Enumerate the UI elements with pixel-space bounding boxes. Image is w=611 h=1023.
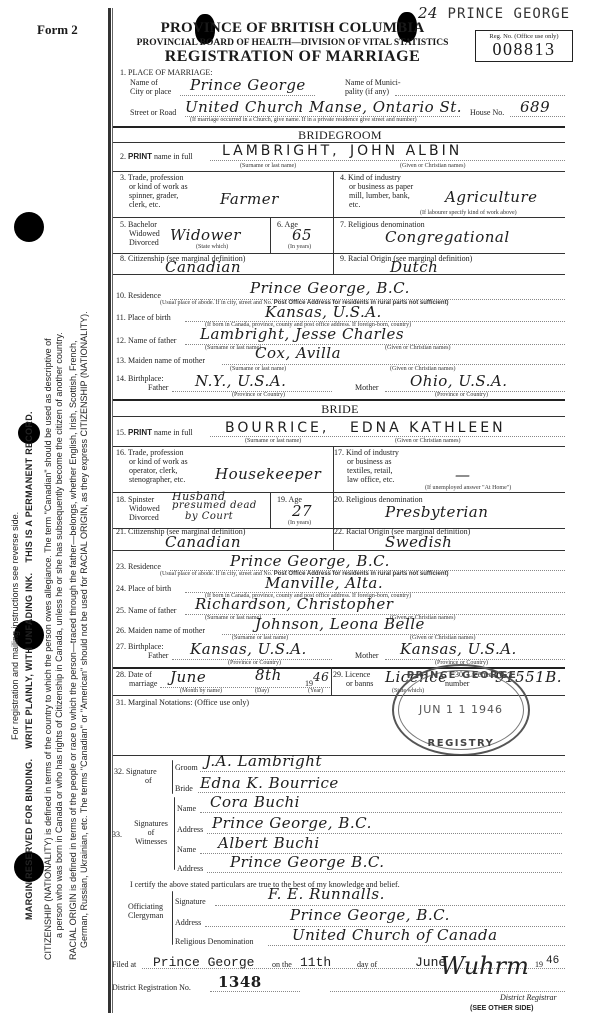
caption: (Given or Christian names): [385, 345, 450, 352]
field-label: name in full: [154, 152, 193, 161]
groom-industry-value: Agriculture: [445, 188, 538, 206]
label-line: Divorced: [116, 513, 160, 522]
bride-father-birthplace-label: Father: [148, 651, 168, 660]
witness2-name: Albert Buchi: [218, 834, 320, 852]
margin-instructions: For registration and mailing instruction…: [10, 140, 102, 1000]
bride-residence-value: Prince George, B.C.: [230, 552, 390, 570]
marriage-date-label-1: 28. Date of: [116, 670, 152, 679]
municipality-label-2: pality (if any): [345, 87, 389, 96]
city-value: Prince George: [190, 76, 306, 94]
groom-marital-label: 5. Bachelor Widowed Divorced: [120, 220, 160, 247]
field-number: 15.: [116, 428, 126, 437]
municipality-label-1: Name of Munici-: [345, 78, 401, 87]
groom-mother-value: Cox, Avilla: [255, 344, 341, 362]
province-heading: PROVINCE OF BRITISH COLUMBIA: [120, 20, 465, 37]
bride-marital-value-3: by Court: [185, 511, 233, 522]
dotted-line: [510, 116, 565, 117]
rule: [113, 550, 565, 551]
groom-residence-label: 10. Residence: [116, 291, 161, 300]
caption: (In years): [288, 244, 311, 251]
caption: (Month by name): [180, 688, 222, 695]
filed-at-label: Filed at: [112, 960, 136, 969]
board-heading: PROVINCIAL BOARD OF HEALTH—DIVISION OF V…: [120, 38, 465, 48]
caption: (State which): [196, 244, 228, 251]
licence-banns-label-1: 29. Licence: [333, 670, 370, 679]
bride-racial-origin-value: Swedish: [385, 533, 452, 551]
filed-year-prefix: 19: [535, 960, 543, 969]
caption-part: (Usual place of abode. If in city, stree…: [160, 571, 274, 577]
groom-age-value: 65: [292, 226, 312, 244]
bride-given-names: EDNA KATHLEEN: [350, 420, 506, 436]
marriage-day: 8th: [255, 666, 282, 684]
marriage-month: June: [170, 668, 206, 686]
city-label-2: City or place: [130, 87, 171, 96]
label-line: clerk, etc.: [120, 200, 188, 209]
bride-residence-label: 23. Residence: [116, 562, 161, 571]
rule: [113, 217, 565, 218]
label-line: 4. Kind of industry: [340, 173, 413, 182]
rule: [113, 446, 565, 447]
bride-age-value: 27: [292, 502, 312, 520]
groom-mother-label: 13. Maiden name of mother: [116, 356, 205, 365]
label-line: or business as paper: [340, 182, 413, 191]
caption: (Day): [255, 688, 269, 695]
caption: (If labourer specify kind of work above): [420, 210, 517, 217]
bride-mother-birthplace-value: Kansas, U.S.A.: [400, 640, 517, 658]
dotted-line: [395, 95, 565, 96]
bride-mother-value: Johnson, Leona Belle: [255, 615, 425, 633]
label-line: stenographer, etc.: [116, 475, 188, 484]
bride-father-birthplace-value: Kansas, U.S.A.: [190, 640, 307, 658]
witness-label-3: Witnesses: [128, 837, 174, 846]
dotted-line: [268, 945, 565, 946]
bride-mother-birthplace-label: Mother: [355, 651, 379, 660]
groom-industry-label: 4. Kind of industry or business as paper…: [340, 173, 413, 209]
groom-marital-value: Widower: [170, 226, 241, 244]
clergy-address-label: Address: [175, 918, 201, 927]
caption: (Surname or last name): [240, 163, 296, 170]
label-line: or kind of work as: [120, 182, 188, 191]
form-number-label: Form 2: [37, 22, 78, 38]
filed-place: Prince George: [153, 955, 254, 970]
bride-trade-value: Housekeeper: [215, 465, 321, 483]
dotted-line: [210, 160, 565, 161]
groom-religion-value: Congregational: [385, 228, 510, 246]
caption: (Surname or last name): [205, 345, 261, 352]
dotted-line: [207, 872, 562, 873]
caption: (Year): [308, 688, 323, 695]
margin-racial-def: RACIAL ORIGIN is defined in terms of the…: [68, 341, 79, 960]
registrar-signature: Wuhrm: [440, 952, 529, 980]
place-note: (If marriage occurred in a Church, give …: [190, 117, 417, 124]
brace: [172, 891, 173, 945]
label-line: 17. Kind of industry: [334, 448, 399, 457]
rule: [113, 399, 565, 401]
caption: (Surname or last name): [245, 438, 301, 445]
brace: [172, 760, 173, 794]
caption: (In years): [288, 520, 311, 527]
house-no-label: House No.: [470, 108, 504, 117]
marriage-year-prefix: 19: [305, 679, 313, 688]
clergy-signature-label: Signature: [175, 897, 206, 906]
label-line: Divorced: [120, 238, 160, 247]
marriage-date-label-2: marriage: [129, 679, 157, 688]
groom-signature: J.A. Lambright: [205, 752, 322, 770]
label-line: mill, lumber, bank,: [340, 191, 413, 200]
label-line: etc.: [340, 200, 413, 209]
groom-birthplace-label: 11. Place of birth: [116, 313, 171, 322]
groom-name-label: 2. PRINT name in full: [120, 152, 193, 161]
stamp-registry: REGISTRY: [392, 738, 530, 749]
dotted-line: [180, 95, 315, 96]
print-emphasis: PRINT: [128, 428, 152, 437]
margin-racial-def-2: German, Russian, Ukrainian, etc. The ter…: [79, 311, 90, 948]
clergy-signature: F. E. Runnalls.: [268, 885, 385, 903]
house-no-value: 689: [520, 98, 550, 116]
dotted-line: [210, 991, 300, 992]
district-registrar-label: District Registrar: [500, 993, 557, 1002]
street-value: United Church Manse, Ontario St.: [185, 98, 462, 116]
bridegroom-heading: BRIDEGROOM: [115, 128, 565, 143]
clergyman-label: Clergyman: [128, 911, 163, 920]
bride-father-value: Richardson, Christopher: [195, 595, 393, 613]
see-other-side: (SEE OTHER SIDE): [470, 1004, 533, 1013]
print-emphasis: PRINT: [128, 152, 152, 161]
witness2-address-label: Address: [177, 864, 203, 873]
witness1-address: Prince George, B.C.: [212, 814, 372, 832]
signature-label-1: 32. Signature: [114, 767, 157, 776]
witness1-name: Cora Buchi: [210, 793, 300, 811]
caption: (Given or Christian names): [400, 163, 465, 170]
signature-label-2: of: [145, 776, 152, 785]
district-registration-number: 1348: [218, 973, 262, 991]
dotted-line: [210, 436, 565, 437]
groom-trade-label: 3. Trade, profession or kind of work as …: [120, 173, 188, 209]
bride-birthplace-value: Manville, Alta.: [265, 574, 383, 592]
groom-birthplace-value: Kansas, U.S.A.: [265, 303, 382, 321]
rule: [331, 667, 332, 695]
licence-banns-label-2: or banns: [346, 679, 373, 688]
margin-citizenship-def-2: a person who was born in Canada or who h…: [54, 332, 65, 938]
marginal-notations-label: 31. Marginal Notations: (Office use only…: [116, 698, 249, 707]
groom-father-birthplace-label: Father: [148, 383, 168, 392]
bride-name-label: 15. PRINT name in full: [116, 428, 193, 437]
bride-birthplace-label: 24. Place of birth: [116, 584, 171, 593]
bride-father-label: 25. Name of father: [116, 606, 176, 615]
rule: [113, 755, 565, 756]
witness2-name-label: Name: [177, 845, 196, 854]
label-line: 16. Trade, profession: [116, 448, 188, 457]
groom-surname: LAMBRIGHT,: [222, 143, 340, 159]
groom-residence-value: Prince George, B.C.: [250, 279, 410, 297]
filed-day: 11th: [300, 955, 331, 970]
rule: [270, 492, 271, 528]
witness1-address-label: Address: [177, 825, 203, 834]
groom-given-names: JOHN ALBIN: [350, 143, 462, 159]
label-line: 18. Spinster: [116, 495, 160, 504]
binding-rule-inner: [112, 8, 113, 1013]
groom-father-birthplace-value: N.Y., U.S.A.: [195, 372, 286, 390]
label-line: 3. Trade, profession: [120, 173, 188, 182]
dotted-line: [330, 991, 565, 992]
label-line: Widowed: [120, 229, 160, 238]
label-line: textiles, retail,: [334, 466, 399, 475]
margin-binding: MARGIN RESERVED FOR BINDING.: [24, 759, 34, 920]
label-line: Widowed: [116, 504, 160, 513]
groom-parents-birthplace-label: 14. Birthplace:: [116, 374, 164, 383]
margin-line-reverse: For registration and mailing instruction…: [10, 512, 21, 740]
stamp-district: PRINCE GEORGE: [402, 670, 522, 681]
bride-industry-value: —: [455, 466, 471, 484]
clergy-denomination-label: Religious Denomination: [175, 937, 253, 946]
label-line: 5. Bachelor: [120, 220, 160, 229]
dotted-line: [200, 812, 562, 813]
reg-no-value: 008813: [476, 40, 572, 58]
bride-marital-label: 18. Spinster Widowed Divorced: [116, 495, 160, 522]
bride-religion-value: Presbyterian: [385, 503, 488, 521]
bride-trade-label: 16. Trade, profession or kind of work as…: [116, 448, 188, 484]
dotted-line: [200, 771, 565, 772]
bride-marital-value-2: presumed dead: [172, 500, 257, 511]
label-line: law office, etc.: [334, 475, 399, 484]
clergy-denomination: United Church of Canada: [292, 926, 498, 944]
witness2-address: Prince George B.C.: [230, 853, 385, 871]
registration-number-box: Reg. No. (Office use only) 008813: [475, 30, 573, 62]
city-label-1: Name of: [130, 78, 158, 87]
caption: (Province or Country): [232, 392, 285, 399]
bride-industry-label: 17. Kind of industry or business as text…: [334, 448, 399, 484]
witness-label-2: of: [128, 828, 174, 837]
caption: (Province or Country): [435, 392, 488, 399]
day-of-label: day of: [357, 960, 377, 969]
stamp-date: JUN 1 1 1946: [392, 703, 530, 716]
label-line: spinner, grader,: [120, 191, 188, 200]
bride-heading: BRIDE: [115, 402, 565, 417]
groom-mother-birthplace-label: Mother: [355, 383, 379, 392]
margin-line-binding: MARGIN RESERVED FOR BINDING. WRITE PLAIN…: [24, 411, 35, 920]
rule: [270, 217, 271, 253]
rule: [113, 416, 565, 417]
bride-signature-label: Bride: [175, 784, 193, 793]
groom-trade-value: Farmer: [220, 190, 279, 208]
rule: [113, 274, 565, 275]
district-registration-label: District Registration No.: [112, 983, 191, 992]
field-label: name in full: [154, 428, 193, 437]
field-number: 2.: [120, 152, 126, 161]
margin-citizenship-def: CITIZENSHIP (NATIONALITY) is defined in …: [43, 338, 54, 960]
marriage-year: 46: [313, 670, 329, 684]
caption: (If unemployed answer "At Home"): [425, 485, 511, 492]
groom-father-label: 12. Name of father: [116, 336, 176, 345]
filed-year: 46: [546, 955, 559, 967]
caption: (Given or Christian names): [395, 438, 460, 445]
label-line: or kind of work as: [116, 457, 188, 466]
rule: [333, 171, 334, 274]
groom-signature-label: Groom: [175, 763, 198, 772]
stamped-district: PRINCE GEORGE: [448, 6, 571, 22]
clergy-address: Prince George, B.C.: [290, 906, 450, 924]
bride-parents-birthplace-label: 27. Birthplace:: [116, 642, 164, 651]
margin-permanent: THIS IS A PERMANENT RECORD.: [24, 411, 34, 562]
witness-field-number: 33.: [112, 830, 122, 839]
rule: [113, 171, 565, 172]
binding-rule: [108, 8, 111, 1013]
caption: (Surname or last name): [205, 615, 261, 622]
label-line: or business as: [334, 457, 399, 466]
dotted-line: [222, 364, 565, 365]
on-the-label: on the: [272, 960, 292, 969]
witness1-name-label: Name: [177, 804, 196, 813]
bride-mother-label: 26. Maiden name of mother: [116, 626, 205, 635]
witness-label-1: Signatures: [128, 819, 174, 828]
officiating-label: Officiating: [128, 902, 163, 911]
groom-mother-birthplace-value: Ohio, U.S.A.: [410, 372, 507, 390]
bride-citizenship-value: Canadian: [165, 533, 241, 551]
margin-write-plainly: WRITE PLAINLY, WITH UNFADING INK.: [24, 573, 34, 749]
brace: [174, 797, 175, 870]
bride-surname: BOURRICE,: [225, 420, 329, 436]
groom-father-value: Lambright, Jesse Charles: [200, 325, 404, 343]
caption-part: (Usual place of abode. If in city, stree…: [160, 300, 274, 306]
street-label: Street or Road: [130, 108, 176, 117]
document-title: REGISTRATION OF MARRIAGE: [120, 48, 465, 66]
bride-signature: Edna K. Bourrice: [200, 774, 339, 792]
label-line: operator, clerk,: [116, 466, 188, 475]
